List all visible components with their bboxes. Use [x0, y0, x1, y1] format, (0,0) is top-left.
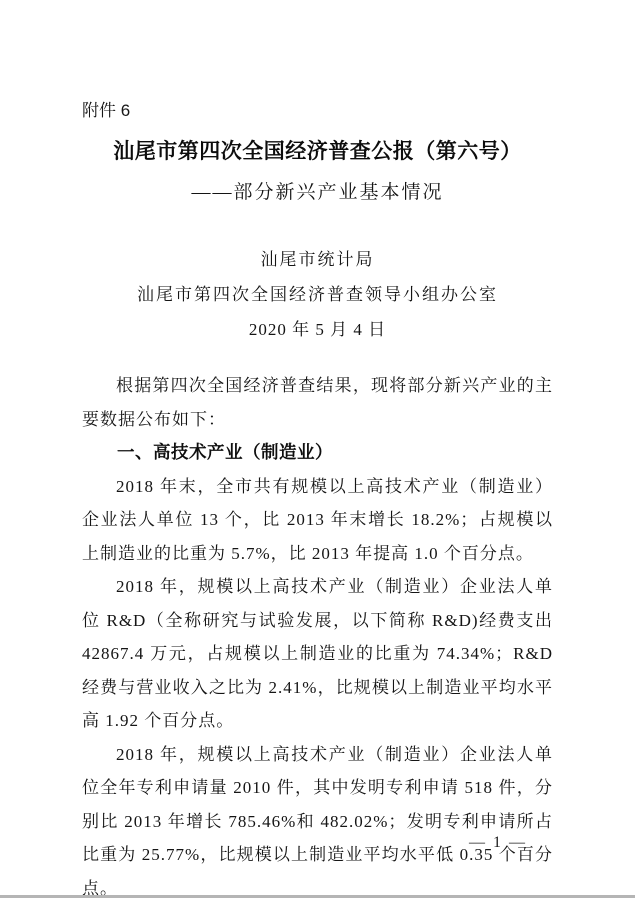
issuer-line-2: 汕尾市第四次全国经济普查领导小组办公室 [82, 277, 553, 312]
section-heading-1: 一、高技术产业（制造业） [82, 436, 553, 470]
document-body: 根据第四次全国经济普查结果，现将部分新兴产业的主要数据公布如下： 一、高技术产业… [82, 369, 553, 898]
issuer-block: 汕尾市统计局 汕尾市第四次全国经济普查领导小组办公室 2020 年 5 月 4 … [82, 242, 553, 347]
intro-paragraph: 根据第四次全国经济普查结果，现将部分新兴产业的主要数据公布如下： [82, 369, 553, 436]
document-content: 附件 6 汕尾市第四次全国经济普查公报（第六号） ——部分新兴产业基本情况 汕尾… [82, 0, 553, 898]
publish-date: 2020 年 5 月 4 日 [82, 312, 553, 347]
page-number: — 1 — [469, 834, 527, 852]
document-title: 汕尾市第四次全国经济普查公报（第六号） [82, 138, 553, 166]
attachment-label: 附件 6 [82, 100, 553, 122]
body-paragraph-3: 2018 年，规模以上高技术产业（制造业）企业法人单位全年专利申请量 2010 … [82, 738, 553, 898]
body-paragraph-1: 2018 年末，全市共有规模以上高技术产业（制造业）企业法人单位 13 个，比 … [82, 470, 553, 571]
body-paragraph-2: 2018 年，规模以上高技术产业（制造业）企业法人单位 R&D（全称研究与试验发… [82, 570, 553, 738]
document-page: 附件 6 汕尾市第四次全国经济普查公报（第六号） ——部分新兴产业基本情况 汕尾… [0, 0, 635, 898]
document-subtitle: ——部分新兴产业基本情况 [82, 180, 553, 206]
issuer-line-1: 汕尾市统计局 [82, 242, 553, 277]
